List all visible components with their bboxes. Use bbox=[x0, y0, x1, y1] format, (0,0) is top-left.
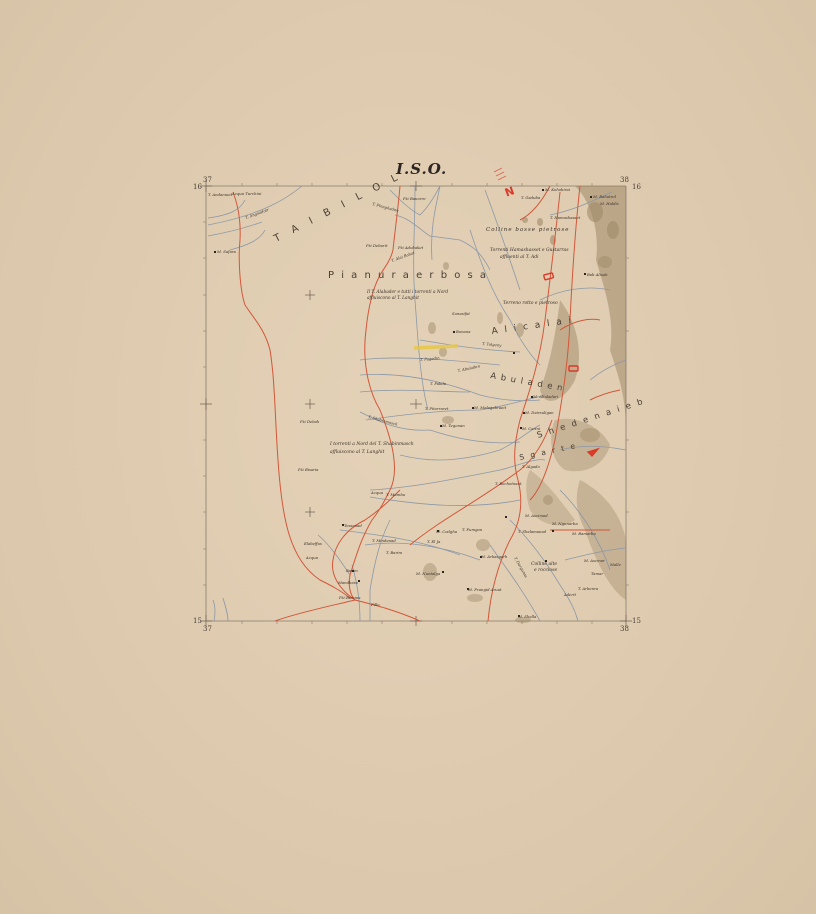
place-bab-alisab: Bab Alisab bbox=[586, 272, 608, 277]
place-tegonan: M. Tegonan bbox=[441, 423, 465, 428]
place-abuladari: M. Abuladari bbox=[532, 394, 559, 399]
place-dairsuligan: M. Dairsuligan bbox=[524, 410, 554, 415]
place-bamarba: M. Bamarba bbox=[571, 531, 596, 536]
region-pianura-erbosa: P i a n u r a e r b o s a bbox=[328, 270, 488, 281]
place-acqua-2: Acqua bbox=[305, 555, 319, 560]
place-t-mumba: T. Mumba bbox=[386, 492, 406, 497]
highlight-mark bbox=[414, 346, 458, 348]
note-torrenti-nord-1: I torrenti a Nord del T. Shabinmasch bbox=[329, 441, 414, 447]
place-barim: Barim bbox=[345, 568, 358, 573]
place-ascimad: M. Ascimad bbox=[524, 513, 548, 518]
place-tessanad: Tessanad bbox=[344, 523, 362, 528]
note-torrenti-hamashasset: Torrenti Hamashasset e Gustarras bbox=[490, 247, 569, 253]
place-t-algado: T. Algado bbox=[522, 464, 540, 469]
place-t-arbenra: T. Arbenra bbox=[578, 586, 599, 591]
place-t-dargunas: T. Dargunas bbox=[513, 556, 529, 579]
place-t-angoadotr: T. Angoadotr bbox=[245, 207, 270, 220]
note-colline-alte-2: e rocciose bbox=[534, 567, 557, 573]
note-terreno-rotto: Terreno rotto e pietroso bbox=[503, 300, 558, 306]
place-aderit: Aderit bbox=[563, 592, 576, 597]
note-colline-alte-1: Colline alte bbox=[531, 561, 557, 567]
note-torrenti-nord-2: affluiscono al T. Langhit bbox=[330, 449, 385, 455]
place-t-pitorraret: T. Pitorraret bbox=[425, 406, 449, 411]
place-pozzi-banorre: P.ti Banorre bbox=[402, 196, 426, 201]
place-frangid-aruat: M. Frangid Aruat bbox=[467, 587, 502, 592]
place-bahatrol: M. Bahatrol bbox=[592, 194, 617, 199]
place-kohobirai: M. Kohobirai bbox=[544, 187, 571, 192]
place-fillo: Fillo bbox=[370, 602, 380, 607]
place-t-pagadin: T. Pagadin bbox=[420, 355, 441, 362]
map-canvas: N T A I B I L O L P i a n u r a e r b o … bbox=[0, 0, 816, 914]
place-ascmar: M. Ascmar bbox=[583, 558, 605, 563]
place-ngunarba: M. Ngunarba bbox=[551, 521, 578, 526]
place-pozzi-bamma: P.ti Bamma bbox=[338, 595, 361, 600]
place-pozzi-debah: P.ti Debah bbox=[299, 419, 320, 424]
place-t-alai-bahat: T. Alai Bahat bbox=[391, 250, 416, 263]
place-haldis: M. Haldis bbox=[599, 201, 619, 206]
place-acqua-1: Acqua bbox=[370, 490, 384, 495]
place-pozzi-bisaria: P.ti Bisaria bbox=[297, 467, 319, 472]
place-pozzi-debarit: P.ti Debarit bbox=[365, 243, 388, 248]
place-t-fumgon: T. Fumgon bbox=[462, 527, 483, 532]
place-t-tolgeny: T. Tolgeny bbox=[482, 341, 503, 348]
place-t-mindanad: T. Mindanad bbox=[372, 538, 396, 543]
place-bonana: Bonana bbox=[455, 329, 471, 334]
place-shalla: M. Shalla bbox=[517, 614, 537, 619]
note-affluenti-adi: affluenti al T. Adi bbox=[500, 254, 539, 260]
note-alabader-1: Il T. Alabader e tutti i torrenti a Nord bbox=[366, 290, 448, 295]
place-t-gaduba: T. Gaduba bbox=[521, 195, 541, 200]
note-alabader-2: affluiscono al T. Langhit bbox=[367, 296, 419, 301]
place-t-barim: T. Barim bbox=[386, 550, 402, 555]
place-tamar: Tamar bbox=[591, 571, 603, 576]
stamp-mark: N bbox=[503, 184, 516, 199]
place-t-hamashasset: T. Hamashasset bbox=[550, 215, 581, 220]
place-t-abuladen: T. Abuladen bbox=[457, 363, 481, 373]
place-elabeffas: Elabeffas bbox=[303, 541, 322, 546]
place-malagabraeit: M. Malagabraeit bbox=[473, 405, 507, 410]
place-malle: Malle bbox=[609, 562, 622, 567]
place-t-pabda: T. Pabda bbox=[430, 381, 447, 386]
place-sonasifat: Sonasifat bbox=[452, 311, 470, 316]
place-arbasgarh: M. Arbasgarh bbox=[480, 554, 508, 559]
place-acqua-turchini: Acqua Turchini bbox=[231, 191, 262, 196]
place-pozzi-adobaket: P.ti Adobaket bbox=[397, 245, 424, 250]
place-safara: M. Safara bbox=[216, 249, 237, 254]
place-t-bochotnaut: T. Bochotnaut bbox=[495, 481, 522, 486]
place-carini: M. Carini bbox=[521, 426, 541, 431]
place-t-shalamanad: T. Shalamanad bbox=[518, 529, 547, 534]
note-colline-basse: Colline basse pietrose bbox=[486, 227, 570, 233]
place-t-el-ja: T. El Ja bbox=[427, 539, 441, 544]
place-mandbara: Mandbara bbox=[337, 580, 359, 585]
place-nuntalga: M. Nuntalga bbox=[415, 571, 441, 576]
place-t-andanneit: T. Andanneit bbox=[208, 192, 233, 197]
place-codgha: M. Codgha bbox=[435, 529, 458, 534]
place-t-pinaghadan: T. Pinaghadan bbox=[372, 201, 400, 213]
